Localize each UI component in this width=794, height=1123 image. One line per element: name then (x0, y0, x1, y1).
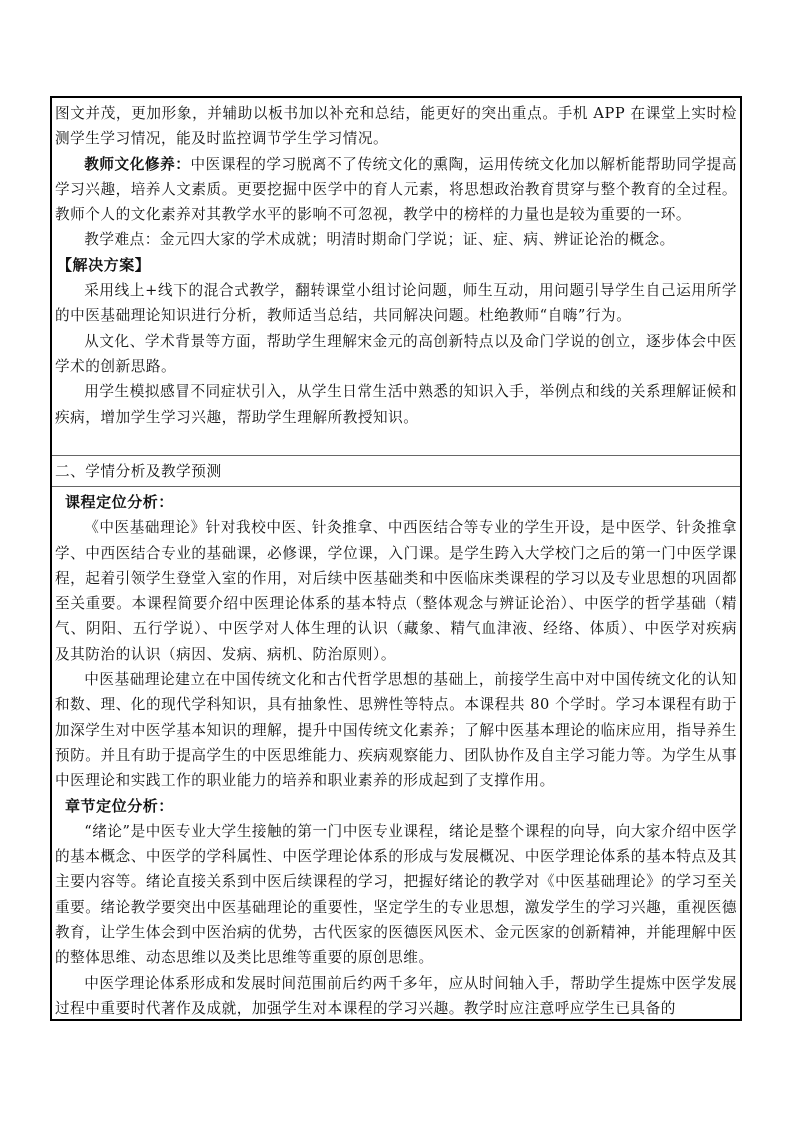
lesson-plan-table: 图文并茂，更加形象，并辅助以板书加以补充和总结，能更好的突出重点。手机 APP … (50, 96, 742, 1021)
paragraph-solution-blended: 采用线上+线下的混合式教学，翻转课堂小组讨论问题，师生互动，用问题引导学生自己运… (55, 278, 737, 329)
teaching-methods-cell: 图文并茂，更加形象，并辅助以板书加以补充和总结，能更好的突出重点。手机 APP … (52, 98, 740, 456)
solution-heading: 【解决方案】 (55, 253, 737, 278)
paragraph-teacher-culture: 教师文化修养：中医课程的学习脱离不了传统文化的熏陶，运用传统文化加以解析能帮助同… (55, 152, 737, 228)
paragraph-course-foundation: 中医基础理论建立在中国传统文化和古代哲学思想的基础上，前接学生高中对中国传统文化… (55, 667, 737, 793)
paragraph-chapter-timeline: 中医学理论体系形成和发展时间范围前后约两千多年，应从时间轴入手，帮助学生提炼中医… (55, 971, 737, 1022)
section-heading-cell: 二、学情分析及教学预测 (52, 456, 740, 487)
chapter-positioning-heading: 章节定位分析： (55, 794, 737, 819)
teacher-culture-label: 教师文化修养： (84, 156, 190, 173)
paragraph-chapter-introduction: “绪论”是中医专业大学生接触的第一门中医专业课程，绪论是整个课程的向导，向大家介… (55, 819, 737, 971)
course-positioning-heading: 课程定位分析： (55, 490, 737, 515)
paragraph-course-overview: 《中医基础理论》针对我校中医、针灸推拿、中西医结合等专业的学生开设，是中医学、针… (55, 515, 737, 667)
paragraph-multimedia: 图文并茂，更加形象，并辅助以板书加以补充和总结，能更好的突出重点。手机 APP … (55, 101, 737, 152)
analysis-cell: 课程定位分析： 《中医基础理论》针对我校中医、针灸推拿、中西医结合等专业的学生开… (52, 487, 740, 1019)
section-title: 二、学情分析及教学预测 (55, 456, 737, 487)
paragraph-solution-culture: 从文化、学术背景等方面，帮助学生理解宋金元的高创新特点以及命门学说的创立，逐步体… (55, 329, 737, 380)
paragraph-teaching-difficulties: 教学难点：金元四大家的学术成就；明清时期命门学说；证、症、病、辨证论治的概念。 (55, 227, 737, 252)
paragraph-solution-simulation: 用学生模拟感冒不同症状引入，从学生日常生活中熟悉的知识入手，举例点和线的关系理解… (55, 379, 737, 430)
